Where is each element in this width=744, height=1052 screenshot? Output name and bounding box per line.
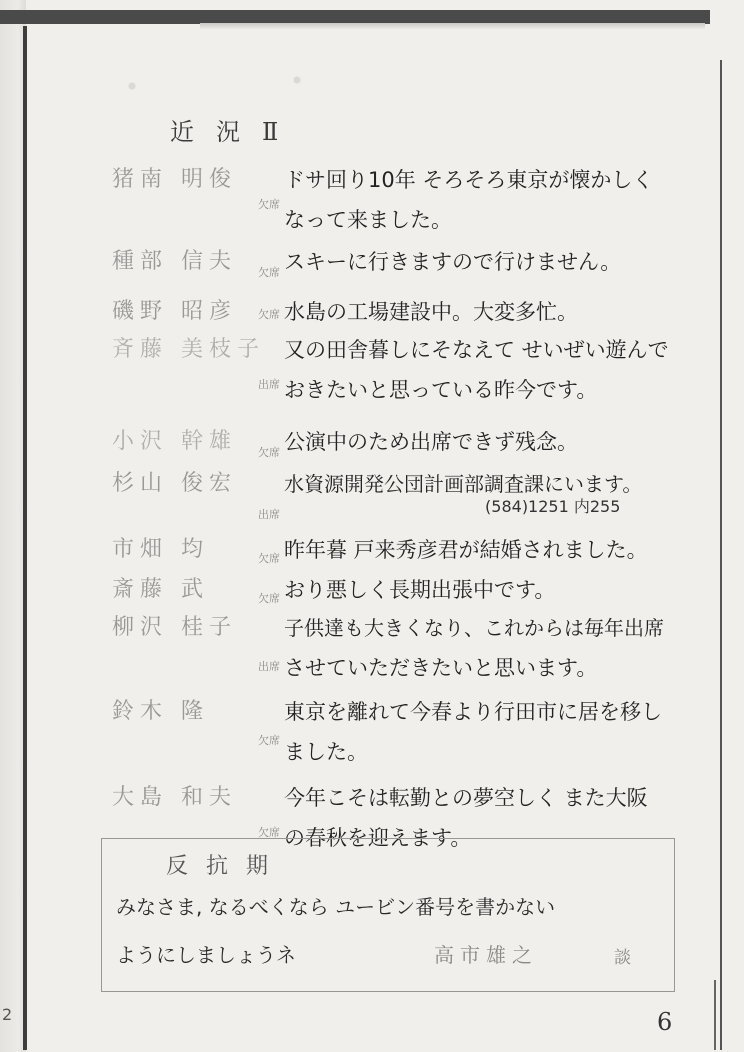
entry-name: 大島 和夫 [112,778,284,818]
entry: 猪南 明俊 欠席 ドサ回り10年 そろそろ東京が懐かしく なって来ました。 [112,160,712,242]
entry-message-line: 東京を離れて今春より行田市に居を移し [284,692,662,732]
attendance-mark: 欠席 [258,590,280,606]
entry-name: 柳沢 桂子 [112,608,284,648]
entry: 杉山 俊宏 出席 水資源開発公団計画部調査課にいます。 (584)1251 内2… [112,464,712,530]
entry-message-line: おきたいと思っている昨今です。 [284,370,669,410]
entry: 斉藤 美枝子 出席 又の田舎暮しにそなえて せいぜい遊んで おきたいと思っている… [112,330,712,416]
entry: 柳沢 桂子 出席 子供達も大きくなり、これからは毎年出席 させていただきたいと思… [112,608,712,686]
attendance-mark: 出席 [258,376,280,392]
entry-name: 杉山 俊宏 [112,464,284,504]
notice-signature-note: 談 [614,943,631,968]
page-number-right: 6 [657,1008,672,1036]
attendance-mark: 欠席 [258,306,280,322]
entry: 斎藤 武 欠席 おり悪しく長期出張中です。 [112,570,712,608]
entry-message-line: なって来ました。 [284,200,653,240]
attendance-mark: 欠席 [258,264,280,280]
notice-box: 反抗期 みなさま, なるべくなら ユービン番号を書かない ようにしましょうネ 高… [101,838,675,992]
entry-message-line: 今年こそは転勤との夢空しく また大阪 [284,778,648,818]
entry: 磯野 昭彦 欠席 水島の工場建設中。大変多忙。 [112,292,712,330]
entry-message-line: 公演中のため出席できず残念。 [284,422,578,462]
attendance-mark: 欠席 [258,444,280,460]
attendance-mark: 欠席 [258,550,280,566]
entry-message-line: 昨年暮 戸来秀彦君が結婚されました。 [284,530,648,570]
page-number-left: 2 [2,1005,12,1024]
entry-message-line: おり悪しく長期出張中です。 [284,570,555,610]
left-border-rule [23,26,27,1050]
right-border-rule-inner [714,980,716,1050]
attendance-mark: 出席 [258,506,280,522]
top-border-shadow [200,23,705,29]
notice-text-line: みなさま, なるべくなら ユービン番号を書かない [116,891,555,920]
notice-text-line: ようにしましょうネ [116,939,296,968]
entry-message-line: ました。 [284,732,662,772]
entry-message-line: 又の田舎暮しにそなえて せいぜい遊んで [284,330,669,370]
entry-name: 鈴木 隆 [112,692,284,732]
entry: 鈴木 隆 欠席 東京を離れて今春より行田市に居を移し ました。 [112,692,712,778]
entry-message-line: 水島の工場建設中。大変多忙。 [284,292,578,332]
attendance-mark: 出席 [258,658,280,674]
notice-title: 反抗期 [166,849,286,880]
entry-name: 斉藤 美枝子 [112,330,284,370]
attendance-mark: 欠席 [258,732,280,748]
top-border-bar [0,10,710,24]
entry-message-line: ドサ回り10年 そろそろ東京が懐かしく [284,160,653,200]
right-border-rule [720,60,722,1050]
entry-name: 猪南 明俊 [112,160,284,200]
entry: 小沢 幹雄 欠席 公演中のため出席できず残念。 [112,422,712,464]
notice-signature: 高市雄之 [434,939,538,968]
attendance-mark: 欠席 [258,196,280,212]
entry: 種部 信夫 欠席 スキーに行きますので行けません。 [112,242,712,288]
entry-message-line: させていただきたいと思います。 [284,648,664,688]
page-title: 近況Ⅱ [170,112,300,147]
entry-message-line: スキーに行きますので行けません。 [284,242,621,282]
entry-message-line: 子供達も大きくなり、これからは毎年出席 [284,608,664,648]
entries-list: 猪南 明俊 欠席 ドサ回り10年 そろそろ東京が懐かしく なって来ました。 種部… [112,160,712,858]
entry: 市畑 均 欠席 昨年暮 戸来秀彦君が結婚されました。 [112,530,712,570]
